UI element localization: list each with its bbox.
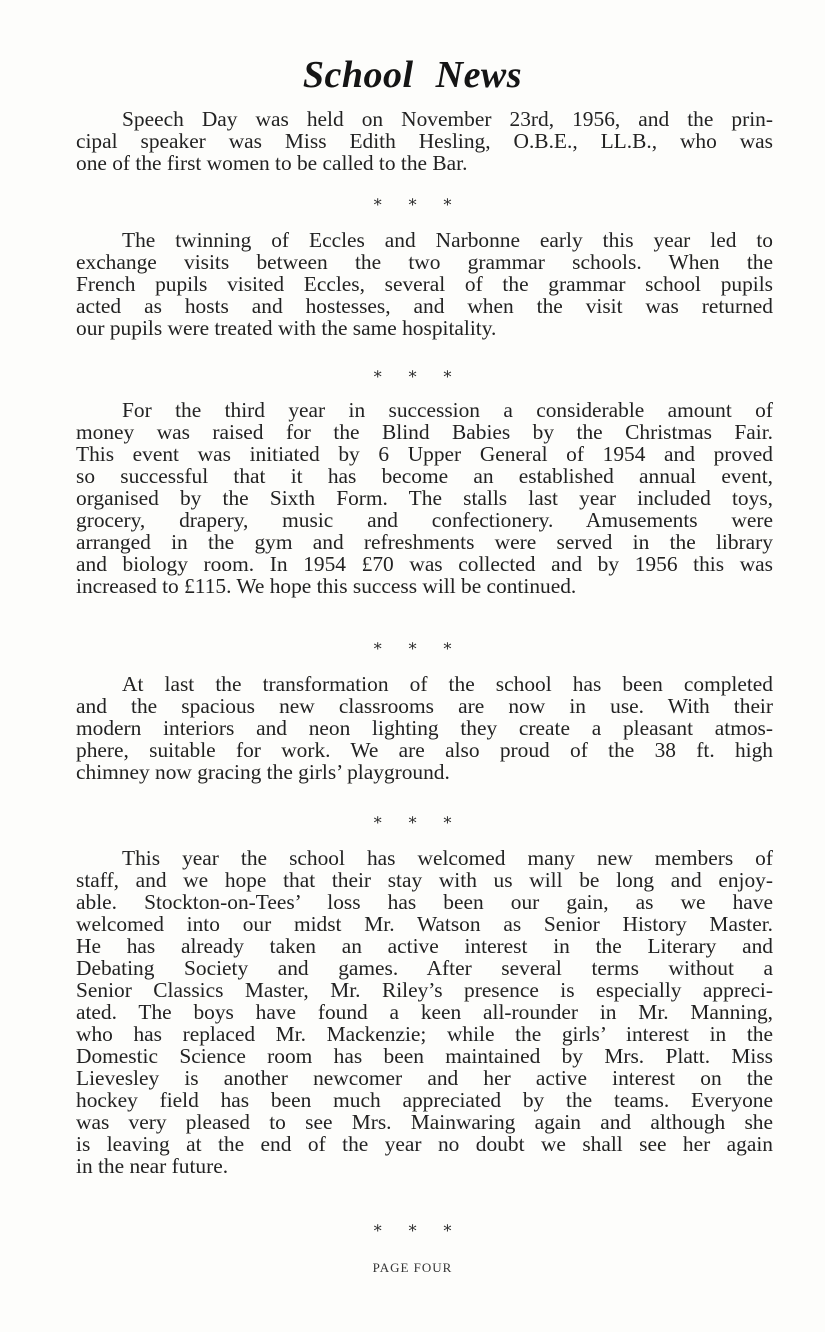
text-line: able. Stockton-on-Tees’ loss has been ou…: [76, 891, 773, 913]
text-line: arranged in the gym and refreshments wer…: [76, 531, 773, 553]
text-line: cipal speaker was Miss Edith Hesling, O.…: [76, 130, 773, 152]
text-line: ated. The boys have found a keen all-rou…: [76, 1001, 773, 1023]
text-line: Domestic Science room has been maintaine…: [76, 1045, 773, 1067]
text-line: This event was initiated by 6 Upper Gene…: [76, 443, 773, 465]
text-line: acted as hosts and hostesses, and when t…: [76, 295, 773, 317]
page-title: School News: [0, 53, 825, 97]
text-line: and biology room. In 1954 £70 was collec…: [76, 553, 773, 575]
text-line: is leaving at the end of the year no dou…: [76, 1133, 773, 1155]
text-line: Senior Classics Master, Mr. Riley’s pres…: [76, 979, 773, 1001]
section-divider: ∗∗∗: [0, 810, 825, 830]
article-new-staff: This year the school has welcomed many n…: [76, 847, 773, 1177]
text-line: modern interiors and neon lighting they …: [76, 717, 773, 739]
text-line: exchange visits between the two grammar …: [76, 251, 773, 273]
text-line: who has replaced Mr. Mackenzie; while th…: [76, 1023, 773, 1045]
text-line: For the third year in succession a consi…: [76, 399, 773, 421]
text-line: grocery, drapery, music and confectioner…: [76, 509, 773, 531]
title-word: School: [303, 54, 414, 96]
text-line: so successful that it has become an esta…: [76, 465, 773, 487]
text-line: welcomed into our midst Mr. Watson as Se…: [76, 913, 773, 935]
text-line: organised by the Sixth Form. The stalls …: [76, 487, 773, 509]
page-number: PAGE FOUR: [0, 1260, 825, 1276]
text-line: increased to £115. We hope this success …: [76, 575, 773, 597]
text-line: At last the transformation of the school…: [76, 673, 773, 695]
text-line: was very pleased to see Mrs. Mainwaring …: [76, 1111, 773, 1133]
text-line: He has already taken an active interest …: [76, 935, 773, 957]
text-line: phere, suitable for work. We are also pr…: [76, 739, 773, 761]
section-divider: ∗∗∗: [0, 364, 825, 384]
section-divider: ∗∗∗: [0, 636, 825, 656]
text-line: one of the first women to be called to t…: [76, 152, 773, 174]
text-line: Speech Day was held on November 23rd, 19…: [76, 108, 773, 130]
text-line: Debating Society and games. After severa…: [76, 957, 773, 979]
text-line: Lievesley is another newcomer and her ac…: [76, 1067, 773, 1089]
article-transformation: At last the transformation of the school…: [76, 673, 773, 783]
article-speech-day: Speech Day was held on November 23rd, 19…: [76, 108, 773, 174]
article-christmas-fair: For the third year in succession a consi…: [76, 399, 773, 597]
article-twinning: The twinning of Eccles and Narbonne earl…: [76, 229, 773, 339]
text-line: This year the school has welcomed many n…: [76, 847, 773, 869]
section-divider: ∗∗∗: [0, 192, 825, 212]
text-line: The twinning of Eccles and Narbonne earl…: [76, 229, 773, 251]
title-word: News: [436, 54, 522, 96]
text-line: French pupils visited Eccles, several of…: [76, 273, 773, 295]
text-line: and the spacious new classrooms are now …: [76, 695, 773, 717]
text-line: staff, and we hope that their stay with …: [76, 869, 773, 891]
text-line: hockey field has been much appreciated b…: [76, 1089, 773, 1111]
text-line: our pupils were treated with the same ho…: [76, 317, 773, 339]
text-line: money was raised for the Blind Babies by…: [76, 421, 773, 443]
section-divider: ∗∗∗: [0, 1218, 825, 1238]
text-line: in the near future.: [76, 1155, 773, 1177]
text-line: chimney now gracing the girls’ playgroun…: [76, 761, 773, 783]
